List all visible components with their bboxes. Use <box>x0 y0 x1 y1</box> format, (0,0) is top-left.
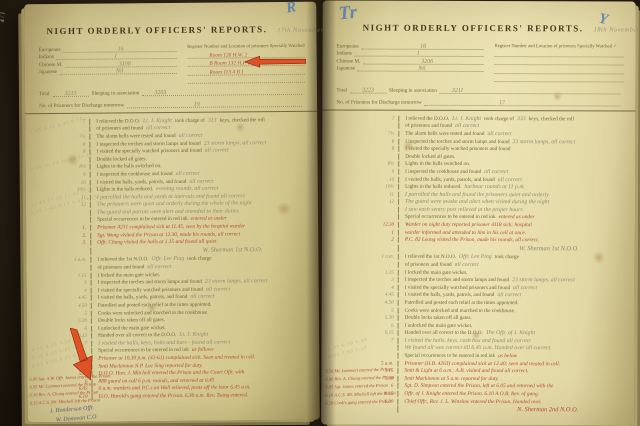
time-entry: 9 <box>26 173 90 179</box>
report-line-text: Offr. Chung visited the halls at 1.15 an… <box>90 238 318 246</box>
report-line-text: I inspected the torches and storm lamps … <box>89 139 317 147</box>
printed-text: I relieved the 1st N.O.O. <box>97 257 148 263</box>
pencil-handwriting: all correct <box>513 285 537 291</box>
printed-text: took charge <box>187 256 211 262</box>
pencil-handwriting: all correct <box>487 131 511 137</box>
time-entry: 10½ <box>322 185 398 190</box>
report-line-text: Chief Offr., Rev. J. L. Winslow entered … <box>397 398 634 405</box>
signature-handwriting: W. Sherman 1st N.O.O. <box>398 245 635 253</box>
time-entry: 12 <box>26 203 90 209</box>
time-entry: 5.15 <box>321 369 397 374</box>
report-line-text: Cooks were unlocked and marched to the c… <box>398 307 635 314</box>
printed-text: Special occurrences to be entered in red… <box>97 216 188 223</box>
time-entry: 6.10 <box>28 395 92 401</box>
watched-entry-lines <box>494 49 623 82</box>
pencil-handwriting: The prisoners were quiet and orderly dur… <box>97 201 252 208</box>
time-entry: 4.45 <box>27 296 91 302</box>
report-line-text: I unlocked the main gate wicket. <box>398 322 635 329</box>
report-line-text: of prisoners and foundall correct <box>398 262 635 269</box>
association-value: 3203 <box>154 90 166 96</box>
report-line-text: I unlocked the main gate wicket. <box>91 323 319 331</box>
report-line-text: I visited the specially watched prisoner… <box>398 146 635 153</box>
totals-row: Total 3223 Sleeping in association 3211 <box>336 85 623 94</box>
watched-header-label: Register Number and Location of prisoner… <box>187 44 304 50</box>
printed-text: I locked the main gate wicket. <box>405 269 468 275</box>
watched-entry-line <box>187 74 304 83</box>
report-line-text: The alarm bells were tested and foundall… <box>398 131 635 138</box>
pencil-handwriting: all correct <box>179 133 203 139</box>
report-line-text: I visited the halls, yards, patrols, and… <box>398 176 635 183</box>
time-entry: 8 <box>25 150 89 156</box>
report-line-text: I visited the specially watched prisoner… <box>91 285 319 293</box>
time-entry <box>25 130 89 131</box>
report-line-text: Smit Mackinnon at 5 a.m. reported for du… <box>397 376 634 383</box>
signature-handwriting: N. Sherman 2nd N.O.O. <box>397 406 634 414</box>
red-ink-handwriting: Prisoner (H.B. 4263) complained sick at … <box>404 360 560 367</box>
time-entry: 3 <box>27 281 91 287</box>
red-ink-handwriting: Sgt. D. Simpson entered the Prison, left… <box>404 383 553 390</box>
pencil-handwriting: all correct <box>146 125 170 131</box>
time-entry: 8½ <box>322 162 398 167</box>
field-label: Chinese M. <box>337 58 361 64</box>
report-line-text: The guard and patrols were alert and att… <box>90 208 318 216</box>
report-line-text: The prisoners were quiet and orderly dur… <box>90 200 318 208</box>
report-line-text: I visited the specially watched prisoner… <box>89 147 317 155</box>
report-line-text: of prisoners and foundall correct <box>398 123 635 130</box>
report-line-text: Offr. of J. Knight entered the Prison. 6… <box>397 391 634 398</box>
printed-text: keys, checked the roll <box>220 117 265 123</box>
pencil-handwriting: 23 storm lamps, all correct <box>204 140 267 147</box>
time-entry: 4.45 <box>322 293 398 298</box>
printed-text: Patrolled and posted each relief at the … <box>98 302 212 309</box>
red-ink-handwriting: Warder on night duty reported prisoner 4… <box>405 222 532 228</box>
margin-signature: W. Donovan C.O. <box>56 414 99 423</box>
report-line-text: Double locked all gates. <box>398 153 635 160</box>
red-ink-handwriting: entered as under <box>191 216 227 222</box>
report-line-text: 6 a.m. warders and P.C.s on Wall relieve… <box>92 384 320 392</box>
red-ink-handwriting: Smit & Light at 6 a.m.; A.B. visited and… <box>404 368 528 374</box>
red-ink-handwriting: Smit Mackinnon N.P. Lee Sing reported fo… <box>98 362 203 369</box>
red-ink-handwriting: 6 a.m. warders and P.C.s on Wall relieve… <box>99 385 251 392</box>
printed-text: Double locked all gates. <box>405 153 455 159</box>
report-line-text: Lights in the halls reduced.evening roun… <box>90 185 318 193</box>
photograph-backdrop: 4 / 1 R NIGHT ORDERLY OFFICERS' REPORTS.… <box>0 0 640 426</box>
pencil-handwriting: all correct <box>455 262 479 268</box>
report-line-text: Lights in the halls switched on. <box>90 162 318 170</box>
report-line-text: The guard were awake and alert when visi… <box>398 199 635 206</box>
report-line-text: Lights in the halls reduced.harbour roun… <box>398 184 635 191</box>
section-divider <box>322 109 635 111</box>
page-title: NIGHT ORDERLY OFFICERS' REPORTS. <box>363 23 584 34</box>
specially-watched-block: Register Number and Location of prisoner… <box>494 43 623 82</box>
time-entry: 6 <box>322 323 398 328</box>
printed-text: I relieved the D.O.O. <box>96 118 140 124</box>
time-entry <box>26 269 90 270</box>
time-entry: 1.15 <box>322 270 398 275</box>
pencil-handwriting: We found all was correct till 6.45 a.m. … <box>405 345 552 352</box>
printed-text: of prisoners and found <box>97 264 144 270</box>
report-line-text: I locked the main gate wicket. <box>91 270 319 278</box>
printed-text: Cooks were unlocked and marched to the c… <box>405 307 516 313</box>
pencil-handwriting: Offr. Lee Ping <box>459 254 492 260</box>
report-body: 5.45 6.10 6.306.45 7.00 7.105.50 Mr. Lam… <box>321 115 635 416</box>
time-entry <box>26 214 90 215</box>
report-line-text: I inspected the torches and storm lamps … <box>398 277 635 284</box>
printed-text: I inspected the torches and storm lamps … <box>405 138 509 144</box>
red-ink-handwriting: 888 guard on call 6 p.m. rounds, and ret… <box>98 377 214 384</box>
signature-handwriting: W. Sherman 1st N.O.O. <box>90 246 318 255</box>
report-line-text: I visited the halls, yards, patrols, and… <box>398 292 635 299</box>
report-line-text: Lights in the halls switched on. <box>398 161 635 168</box>
orange-arrow-annotation <box>245 55 307 69</box>
pencil-handwriting: Offr. Lee Ping <box>152 256 185 262</box>
ledger-page-left: R NIGHT ORDERLY OFFICERS' REPORTS. 17th … <box>24 2 320 423</box>
pencil-handwriting: I visited the halls, keys, cash box and … <box>405 338 531 344</box>
pencil-handwriting: 23 storm lamps, all correct <box>513 139 576 145</box>
printed-text: Patrolled and posted each relief at the … <box>405 300 519 306</box>
page-title: NIGHT ORDERLY OFFICERS' REPORTS. <box>46 24 267 36</box>
printed-text: of prisoners and found <box>96 126 143 132</box>
report-line-text: I relieved the D.O.O.Lt. J. Knighttook c… <box>398 115 635 122</box>
pencil-handwriting: I patrolled the halls and found the pris… <box>405 191 549 198</box>
red-ink-handwriting: as follows <box>192 347 214 353</box>
printed-text: I inspected the torches and storm lamps … <box>98 279 202 286</box>
discharge-row: No. of Prisoners for Discharge tomorrow … <box>39 99 305 109</box>
pencil-handwriting: The guard and patrols were alert and att… <box>97 208 239 215</box>
blue-ink-initials: Tr <box>338 2 358 26</box>
printed-text: I visited the halls, yards, patrols, and… <box>97 178 187 185</box>
field-label: Japanese <box>39 69 57 75</box>
printed-text: I relieved the 1st N.O.O. <box>405 254 456 260</box>
orange-arrow-annotation <box>65 328 99 382</box>
time-entry: 5.30 <box>27 319 91 325</box>
discharge-value: 19 <box>194 102 200 108</box>
report-line-text: Warder on night duty reported prisoner 4… <box>398 222 635 229</box>
association-value: 3211 <box>452 88 464 94</box>
report-line-text: Sgt. Wong visited the Prison at 12.30, m… <box>90 230 318 238</box>
pencil-handwriting: all correct <box>206 286 230 292</box>
report-line-text: Smit Mackinnon N.P. Lee Sing reported fo… <box>91 361 319 369</box>
time-entry: 11 <box>26 195 90 201</box>
printed-text: Special occurrences to be entered in red… <box>405 214 496 220</box>
red-ink-handwriting: Offr. of J. Knight entered the Prison. 6… <box>404 391 539 397</box>
printed-text: Double locks taken off all gates. <box>405 315 472 321</box>
totals-row: Total 3215 Sleeping in association 3203 <box>39 87 305 97</box>
time-entry: 1.15 <box>27 273 91 279</box>
report-line-text: I inspected the cookhouse and foundall c… <box>90 170 318 178</box>
red-ink-handwriting: Prisoner 4231 complained sick at 11.45, … <box>97 223 245 230</box>
printed-text: I visited the halls, yards, patrols, and… <box>98 294 188 301</box>
pencil-handwriting: all correct <box>498 177 522 183</box>
time-entry: 10½ <box>26 188 90 194</box>
pencil-handwriting: all correct <box>176 171 200 177</box>
time-entry: 2. <box>26 233 90 239</box>
time-entry: 5 <box>322 308 398 313</box>
time-entry: 4.50 <box>322 300 398 305</box>
time-entry: 7½ <box>322 131 398 136</box>
pencil-handwriting: all correct <box>205 148 229 154</box>
printed-text: Lights in the halls reduced. <box>405 184 461 190</box>
time-entry: 1 <box>322 230 398 235</box>
red-ink-handwriting: D.O. Harold's gang entered the Prison. 6… <box>99 392 248 399</box>
time-entry: 5 a.m. <box>321 361 397 366</box>
time-entry: 6.15 <box>321 391 397 396</box>
watched-entry-line <box>494 74 623 83</box>
time-entry: 11 <box>322 192 398 197</box>
time-entry: 2 <box>322 238 398 243</box>
printed-text: I visited the specially watched prisoner… <box>405 284 510 290</box>
time-entry: 12.30 <box>322 223 398 228</box>
field-value-handwritten: Nil <box>116 68 123 74</box>
printed-text: Special occurrences to be entered in red… <box>404 353 495 359</box>
discharge-label: No. of Prisoners for Discharge tomorrow <box>39 102 124 109</box>
report-line-text: Handed over all correct to the D.O.O.Lt.… <box>91 331 319 339</box>
pencil-handwriting: I visited the halls, keys, bolts and bar… <box>98 339 230 346</box>
margin-signature: J. Henderson Offr. <box>50 405 95 414</box>
report-line-text: Handed over all correct to the D.O.O.The… <box>398 330 635 337</box>
report-line-text: I inspected the torches and storm lamps … <box>398 138 635 145</box>
pencil-handwriting: 23 storm lamps, all correct <box>512 277 575 283</box>
time-entry <box>26 221 90 222</box>
report-line-text: Double locks taken off all gates. <box>398 315 635 322</box>
time-entry: 6 <box>321 384 397 389</box>
report-line-text: The alarm bells were tested and foundall… <box>89 132 317 140</box>
report-line-text: 888 guard on call 6 p.m. rounds, and ret… <box>91 377 319 385</box>
time-entry: 5 <box>27 311 91 317</box>
printed-text: The alarm bells were tested and found <box>96 133 175 140</box>
printed-text: I inspected the torches and storm lamps … <box>96 140 200 147</box>
discharge-label: No. of Prisoners for Discharge tomorrow <box>336 99 421 105</box>
printed-text: Lights in the halls reduced. <box>97 186 153 192</box>
register-block: Europeans16Indians1Chinese M.3206Japanes… <box>336 43 623 83</box>
report-line-text: Sgt. D. Simpson entered the Prison, left… <box>397 383 634 390</box>
red-ink-handwriting: D.O.O. Hon. J. Mitchell entered the Pris… <box>98 370 244 377</box>
printed-text: I visited the specially watched prisoner… <box>405 146 510 152</box>
time-entry: 8 <box>322 139 398 144</box>
report-line-text: Special occurrences to be entered in red… <box>91 346 319 354</box>
time-entry: 12 <box>322 200 398 205</box>
pencil-handwriting: all correct <box>189 178 213 184</box>
pencil-handwriting: all correct <box>147 264 171 270</box>
red-ink-handwriting: as below <box>498 353 517 359</box>
report-line-text: I saw each sentry post relieved at the p… <box>398 207 635 214</box>
margin-pencil-note: 4 / 1 <box>0 12 6 23</box>
printed-text: I visited the halls, yards, patrols, and… <box>405 292 495 298</box>
printed-text: Double locks taken off all gates. <box>98 317 165 324</box>
field-label: Japanese <box>336 65 354 71</box>
total-value: 3223 <box>362 87 374 93</box>
time-entry: 7½ <box>25 135 89 141</box>
report-line-text: I visited the halls, yards, patrols, and… <box>90 177 318 185</box>
report-line-text: Prisoner 4231 complained sick at 11.45, … <box>90 223 318 231</box>
report-line-text: I relieved the 1st N.O.O.Offr. Lee Pingt… <box>398 254 635 261</box>
time-entry: 6.30 <box>321 399 397 404</box>
association-label: Sleeping in association <box>92 90 140 96</box>
page-header: NIGHT ORDERLY OFFICERS' REPORTS. 17th No… <box>24 2 316 40</box>
field-label: Chinese M. <box>39 62 63 68</box>
printed-text: I visited the specially watched prisoner… <box>96 148 201 155</box>
report-line-text: P.C. 82 Leung visited the Prison, made h… <box>398 237 635 244</box>
printed-text: Special occurrences to be entered in red… <box>98 347 189 354</box>
census-field-row: JapaneseNil <box>336 64 486 72</box>
dotted-leader: Nil <box>60 66 176 75</box>
printed-text: I inspected the cookhouse and found <box>97 171 173 178</box>
printed-text: of prisoners and found <box>405 123 452 129</box>
field-label: Indians <box>337 51 352 57</box>
report-line-text: Smit & Light at 6 a.m.; A.B. visited and… <box>397 368 634 375</box>
printed-text: I visited the specially watched prisoner… <box>98 286 203 293</box>
printed-text: I inspected the torches and storm lamps … <box>405 277 509 283</box>
printed-text: The alarm bells were tested and found <box>405 131 484 137</box>
report-line: 6.10D.O. Harold's gang entered the Priso… <box>28 392 320 402</box>
printed-text: Handed over all correct to the D.O.O. <box>405 330 483 336</box>
pencil-handwriting: Lt. J. Knight <box>179 332 208 338</box>
printed-text: Lights in the halls switched on. <box>97 163 162 170</box>
report-line-text: I inspected the cookhouse and foundall c… <box>398 169 635 176</box>
pencil-handwriting: Lt. J. Knight <box>452 116 481 122</box>
time-entry: 7 <box>25 119 89 125</box>
pencil-handwriting: evening rounds, all correct <box>156 186 218 193</box>
time-entry <box>26 253 90 254</box>
pencil-handwriting: 23 storm lamps, all correct <box>205 278 268 285</box>
printed-text: keys, checked the roll <box>529 116 574 122</box>
printed-text: I unlocked the main gate wicket. <box>98 325 166 332</box>
printed-text: Cooks were unlocked and marched to the c… <box>98 309 209 316</box>
pencil-handwriting: I saw each sentry post relieved at the p… <box>405 207 523 213</box>
time-entry: 9 <box>322 169 398 174</box>
report-line-text: Special occurrences to be entered in red… <box>398 214 635 221</box>
dotted-leader: Nil <box>358 63 484 71</box>
time-entry: 5.30 <box>321 376 397 381</box>
signature-line: N. Sherman 2nd N.O.O. <box>321 406 634 417</box>
report-line-text: I visited the halls, keys, cash box and … <box>398 338 635 345</box>
report-line-text: I inspected the torches and storm lamps … <box>91 278 319 286</box>
printed-text: took charge <box>495 254 519 260</box>
pencil-handwriting: Lt. J. Knight <box>143 118 172 124</box>
printed-text: I relieved the D.O.O. <box>405 115 449 121</box>
time-entry: 4 <box>27 288 91 294</box>
red-ink-handwriting: Offr. Chung visited the halls at 1.15 an… <box>97 239 216 246</box>
time-entry: 4.50 <box>27 304 91 310</box>
pencil-handwriting: harbour rounds at 11 p.m. <box>464 184 525 190</box>
red-ink-handwriting: entered as under <box>499 215 535 221</box>
time-entry: 6.15 <box>322 331 398 336</box>
pencil-handwriting: 333 <box>517 116 526 122</box>
printed-text: of prisoners and found <box>405 262 452 268</box>
report-line-text: I relieved the 1st N.O.O.Offr. Lee Pingt… <box>90 255 318 263</box>
printed-text: I visited the halls, yards, patrols, and… <box>405 176 495 182</box>
pencil-handwriting: all correct <box>190 294 214 300</box>
pencil-handwriting: The guard were awake and alert when visi… <box>405 199 549 206</box>
report-line-text: I visited the specially watched prisoner… <box>398 284 635 291</box>
pencil-handwriting: all correct <box>484 169 508 175</box>
printed-text: I unlocked the main gate wicket. <box>405 322 473 328</box>
report-line-text: Special occurrences to be entered in red… <box>90 215 318 223</box>
section-divider <box>25 110 317 114</box>
red-ink-handwriting: Chief Offr., Rev. J. L. Winslow entered … <box>404 398 541 404</box>
printed-text: Lights in the halls switched on. <box>405 161 470 167</box>
report-line-text: warder informed and attended to him in h… <box>398 229 635 236</box>
total-label: Total <box>336 87 347 93</box>
report-line-text: Prisoner at 10.30 p.m. (42-61) complaine… <box>91 354 319 362</box>
total-value: 3215 <box>65 91 77 97</box>
time-entry: 7 <box>322 116 398 121</box>
report-line-text: of prisoners and foundall correct <box>89 124 317 132</box>
census-fields: Europeans16Indians1Chinese M.3198Japanes… <box>39 45 180 85</box>
time-entry <box>26 160 90 161</box>
total-label: Total <box>39 91 50 97</box>
printed-text: Handed over all correct to the D.O.O. <box>98 332 176 339</box>
time-entry: 10 <box>26 180 90 186</box>
time-entry: 8 <box>322 147 398 152</box>
printed-text: Double locked all gates. <box>97 156 147 162</box>
time-entry: 8 <box>25 142 89 148</box>
pencil-handwriting: all correct <box>455 123 479 129</box>
report-line-text: Patrolled and posted each relief at the … <box>398 300 635 307</box>
time-entry: 8½ <box>26 165 90 171</box>
census-fields: Europeans16Indians1Chinese M.3206Japanes… <box>336 43 486 82</box>
printed-text: took charge of <box>175 117 205 123</box>
time-entry: 4 <box>322 285 398 290</box>
ledger-page-right: Tr Y NIGHT ORDERLY OFFICERS' REPORTS. 18… <box>321 0 635 425</box>
pencil-handwriting: I patrolled the halls and yards at inter… <box>97 193 245 200</box>
time-entry: 3 <box>322 278 398 283</box>
report-line-text: Patrolled and posted each relief at the … <box>91 301 319 309</box>
report-line-text: Special occurrences to be entered in red… <box>397 353 634 360</box>
report-line-text: Prisoner (H.B. 4263) complained sick at … <box>397 360 634 367</box>
time-entry: 3. <box>26 241 90 247</box>
red-ink-handwriting: Smit Mackinnon at 5 a.m. reported for du… <box>404 376 498 382</box>
report-line-text: Double locked all gates. <box>90 154 318 162</box>
pencil-handwriting: 313 <box>208 117 217 123</box>
report-line-text: We found all was correct till 6.45 a.m. … <box>398 345 635 352</box>
red-ink-handwriting: Prisoner at 10.30 p.m. (42-61) complaine… <box>98 354 255 361</box>
report-line-text: Cooks were unlocked and marched to the c… <box>91 308 319 316</box>
report-line-text: D.O. Harold's gang entered the Prison. 6… <box>92 392 320 400</box>
page-header: NIGHT ORDERLY OFFICERS' REPORTS. 18th No… <box>323 0 636 36</box>
time-entry: 5.30 <box>322 316 398 321</box>
time-entry: 6.05 <box>28 387 92 393</box>
red-ink-handwriting: P.C. 82 Leung visited the Prison, made h… <box>405 237 539 243</box>
field-label: Indians <box>39 54 54 60</box>
report-line-text: I locked the main gate wicket. <box>398 269 635 276</box>
printed-text: I inspected the cookhouse and found <box>405 169 481 175</box>
printed-text: took charge of <box>484 116 514 122</box>
printed-text: I locked the main gate wicket. <box>98 272 161 279</box>
report-line-text: I patrolled the halls and found the pris… <box>398 191 635 198</box>
report-line-text: I visited the halls, yards, patrols, and… <box>91 293 319 301</box>
report-line-text: I patrolled the halls and yards at inter… <box>90 192 318 200</box>
pencil-handwriting: The Offr. of J. Knight <box>486 330 535 336</box>
discharge-row: No. of Prisoners for Discharge tomorrow … <box>336 97 623 106</box>
report-line-text: Double locks taken off all gates. <box>91 316 319 324</box>
time-entry: 1 a.m. <box>26 258 90 264</box>
report-line-text: I relieved the D.O.O.Lt. J. Knighttook c… <box>89 116 317 124</box>
report-line-text: I visited the halls, keys, bolts and bar… <box>91 339 319 347</box>
census-field-row: JapaneseNil <box>39 66 180 74</box>
red-ink-handwriting: Sgt. Wong visited the Prison at 12.30, m… <box>97 231 240 238</box>
time-entry: 10 <box>322 177 398 182</box>
report-line-text: D.O.O. Hon. J. Mitchell entered the Pris… <box>91 369 319 377</box>
time-entry: 1 a.m. <box>322 255 398 260</box>
association-label: Sleeping in association <box>389 87 437 93</box>
discharge-value: 17 <box>499 100 505 106</box>
field-value-handwritten: Nil <box>418 66 425 72</box>
red-ink-handwriting: warder informed and attended to him in h… <box>405 229 526 235</box>
time-entry: 1. <box>26 226 90 232</box>
report-line-text: of prisoners and foundall correct <box>90 263 318 271</box>
pencil-handwriting: all correct <box>497 292 521 298</box>
